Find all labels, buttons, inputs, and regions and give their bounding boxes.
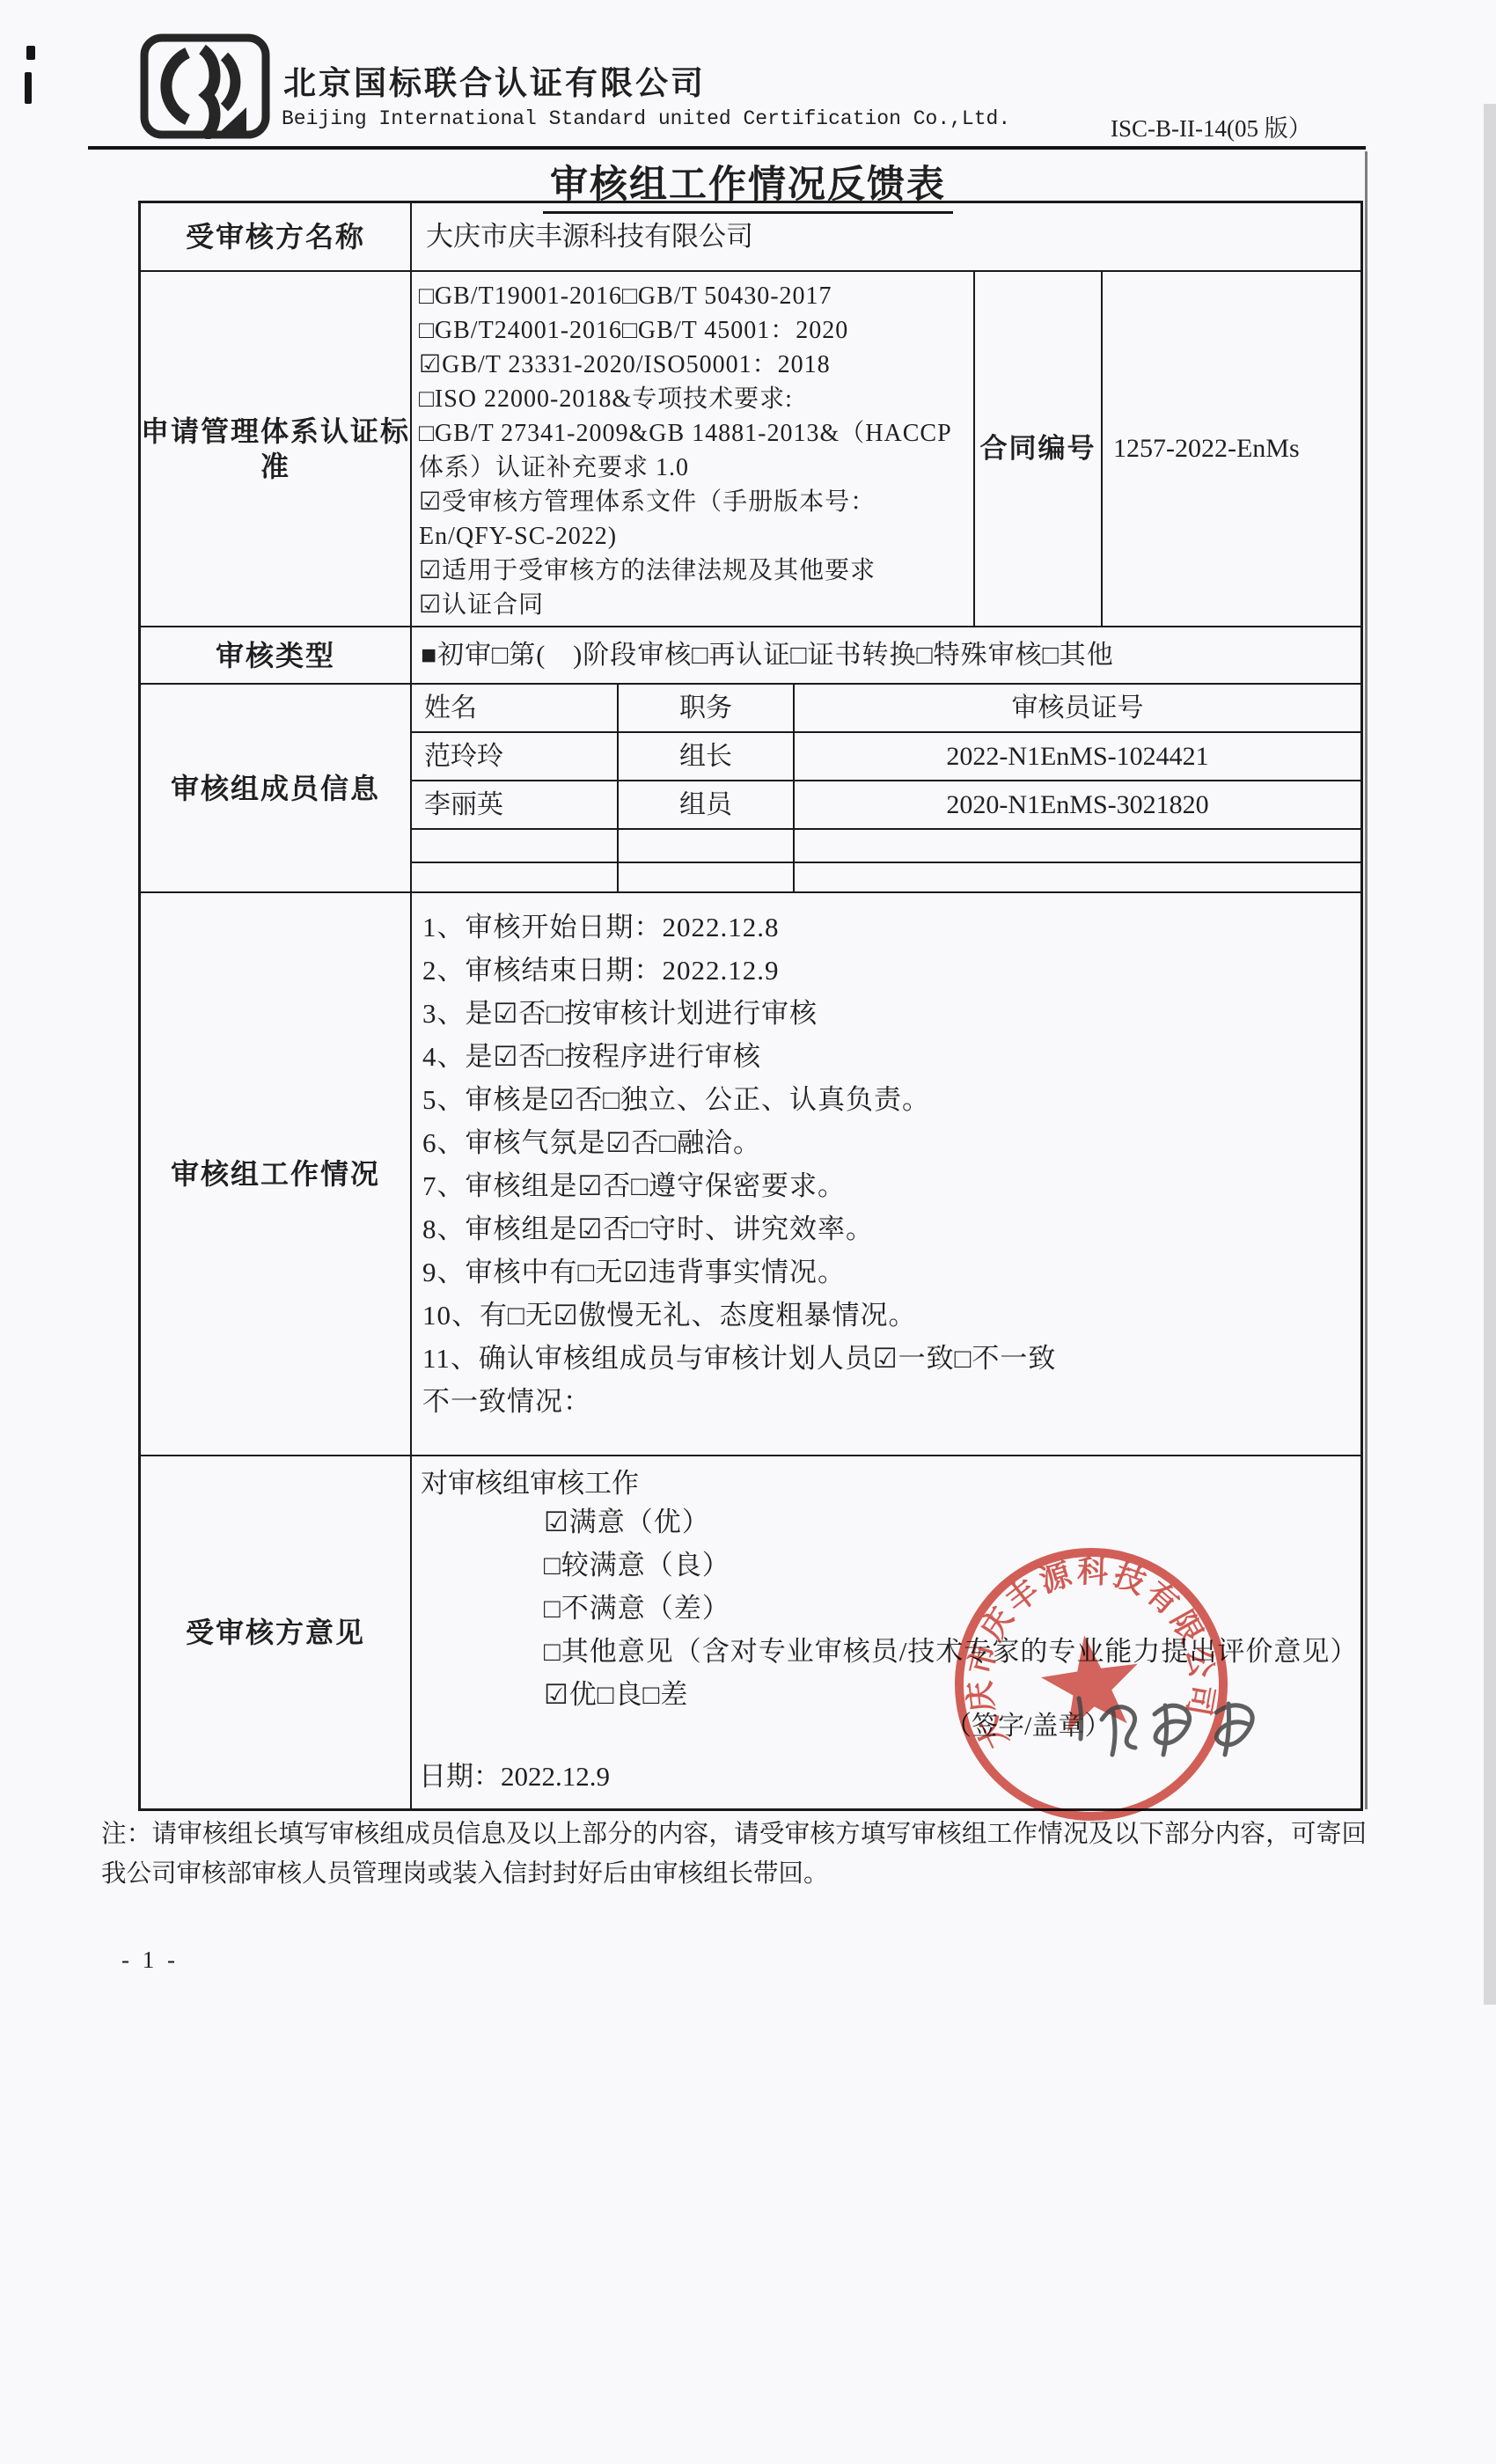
footer-note: 注：请审核组长填写审核组成员信息及以上部分的内容，请受审核方填写审核组工作情况及… xyxy=(101,1815,1367,1894)
work-item: 4、是☑否□按程序进行审核 xyxy=(422,1035,1360,1078)
standard-option: □GB/T24001-2016□GB/T 45001：2020 xyxy=(419,313,973,348)
team-member-name: 范玲玲 xyxy=(412,733,619,781)
standard-option: □ISO 22000-2018&专项技术要求: xyxy=(419,382,973,416)
scan-mark xyxy=(25,72,32,104)
work-item: 10、有□无☑傲慢无礼、态度粗暴情况。 xyxy=(422,1294,1360,1337)
work-item: 2、审核结束日期：2022.12.9 xyxy=(422,949,1360,992)
work-item: 1、审核开始日期：2022.12.8 xyxy=(422,906,1360,949)
work-item: 不一致情况： xyxy=(422,1380,1360,1423)
audit-type-label: 审核类型 xyxy=(141,627,412,685)
standard-option: En/QFY-SC-2022) xyxy=(419,519,973,554)
team-member-role xyxy=(619,863,795,893)
scan-mark xyxy=(26,46,35,60)
work-item: 11、确认审核组成员与审核计划人员☑一致□不一致 xyxy=(422,1337,1360,1380)
org-name-en: Beijing International Standard united Ce… xyxy=(282,107,1010,130)
standard-option: □GB/T19001-2016□GB/T 50430-2017 xyxy=(419,279,973,313)
team-member-role xyxy=(619,830,795,863)
auditee-name-label: 受审核方名称 xyxy=(141,203,412,272)
team-member-cert xyxy=(795,863,1360,893)
contract-no-value: 1257-2022-EnMs xyxy=(1103,272,1360,627)
work-item: 7、审核组是☑否□遵守保密要求。 xyxy=(422,1164,1360,1207)
scan-edge-band xyxy=(1484,104,1496,2005)
contract-no-label: 合同编号 xyxy=(975,272,1103,627)
auditee-name-value: 大庆市庆丰源科技有限公司 xyxy=(412,203,1360,272)
auditee-opinion-label: 受审核方意见 xyxy=(141,1456,412,1808)
standard-option: □GB/T 27341-2009&GB 14881-2013&（HACCP xyxy=(419,416,973,451)
team-member-name xyxy=(412,830,619,863)
team-member-name: 李丽英 xyxy=(412,781,619,830)
scanned-form-page: 北京国标联合认证有限公司 Beijing International Stand… xyxy=(0,0,1496,2464)
standard-option: 体系）认证补充要求 1.0 xyxy=(419,451,973,485)
team-member-role: 组长 xyxy=(619,733,795,781)
work-item: 3、是☑否□按审核计划进行审核 xyxy=(422,992,1360,1035)
scan-edge-line xyxy=(1365,151,1368,1809)
standard-option: ☑GB/T 23331-2020/ISO50001：2018 xyxy=(419,348,973,382)
certification-logo-icon xyxy=(139,33,271,139)
work-item: 5、审核是☑否□独立、公正、认真负责。 xyxy=(422,1078,1360,1121)
org-name-cn: 北京国标联合认证有限公司 xyxy=(283,56,706,104)
team-info-label: 审核组成员信息 xyxy=(141,685,412,893)
team-header-role: 职务 xyxy=(619,685,795,733)
standards-label: 申请管理体系认证标准 xyxy=(141,272,412,627)
team-header-name: 姓名 xyxy=(412,685,619,733)
team-member-cert: 2020-N1EnMS-3021820 xyxy=(795,781,1360,830)
standard-option: ☑适用于受审核方的法律法规及其他要求 xyxy=(419,554,973,588)
team-member-cert: 2022-N1EnMS-1024421 xyxy=(795,733,1360,781)
header-rule xyxy=(88,146,1366,150)
work-situation-list: 1、审核开始日期：2022.12.8 2、审核结束日期：2022.12.9 3、… xyxy=(412,893,1360,1456)
work-item: 6、审核气氛是☑否□融洽。 xyxy=(422,1121,1360,1164)
team-header-cert: 审核员证号 xyxy=(795,685,1360,733)
handwritten-signature xyxy=(1067,1683,1304,1788)
standard-option: ☑认证合同 xyxy=(419,588,973,622)
team-member-cert xyxy=(795,830,1360,863)
work-item: 8、审核组是☑否□守时、讲究效率。 xyxy=(422,1207,1360,1250)
work-situation-label: 审核组工作情况 xyxy=(141,893,412,1456)
audit-type-value: ■初审□第( )阶段审核□再认证□证书转换□特殊审核□其他 xyxy=(412,627,1360,685)
team-member-role: 组员 xyxy=(619,781,795,830)
standards-checklist: □GB/T19001-2016□GB/T 50430-2017 □GB/T240… xyxy=(412,272,975,627)
work-item: 9、审核中有□无☑违背事实情况。 xyxy=(422,1250,1360,1294)
standard-option: ☑受审核方管理体系文件（手册版本号： xyxy=(419,485,973,519)
page-number: - 1 - xyxy=(121,1947,179,1974)
opinion-intro: 对审核组审核工作 xyxy=(421,1462,639,1505)
form-code: ISC-B-II-14(05 版） xyxy=(1111,109,1312,143)
opinion-date: 日期：2022.12.9 xyxy=(419,1760,610,1794)
team-member-name xyxy=(412,863,619,893)
